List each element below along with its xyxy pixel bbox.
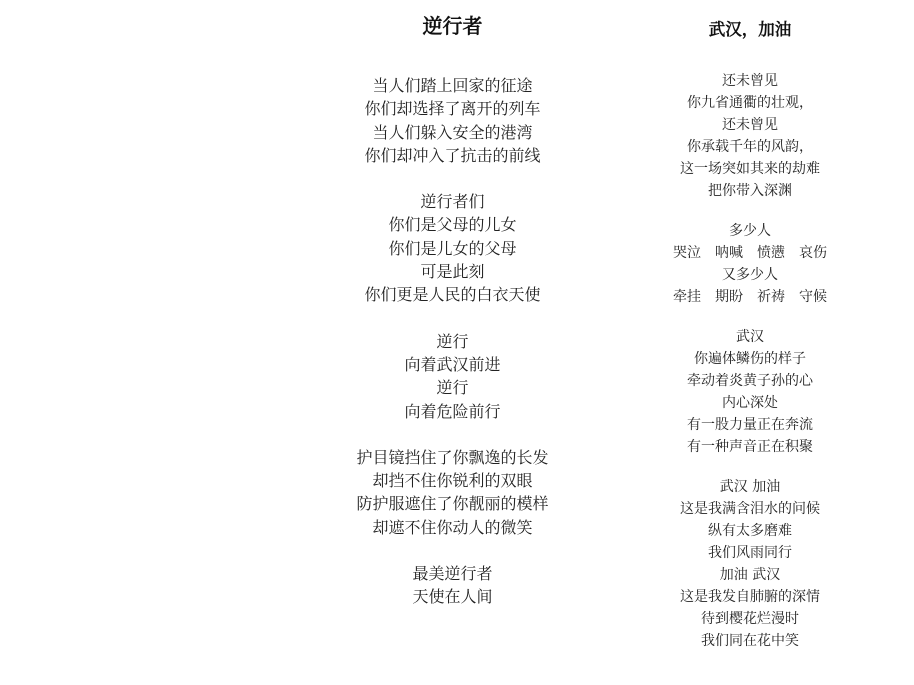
poem-line: 你九省通衢的壮观， bbox=[640, 92, 860, 114]
poem-title: 武汉，加油 bbox=[640, 16, 860, 40]
poem-line: 你遍体鳞伤的样子 bbox=[640, 348, 860, 370]
poem-line: 纵有太多磨难 bbox=[640, 520, 860, 542]
stanza: 逆行 向着武汉前进 逆行 向着危险前行 bbox=[330, 330, 575, 423]
poem-line: 你承载千年的风韵， bbox=[640, 136, 860, 158]
poem-title: 逆行者 bbox=[330, 10, 575, 39]
poem-line: 却挡不住你锐利的双眼 bbox=[330, 469, 575, 492]
poem-body: 当人们踏上回家的征途 你们却选择了离开的列车 当人们躲入安全的港湾 你们却冲入了… bbox=[330, 74, 575, 632]
poem-line: 有一股力量正在奔流 bbox=[640, 414, 860, 436]
poem-line: 把你带入深渊 bbox=[640, 180, 860, 202]
poem-line: 我们同在花中笑 bbox=[640, 630, 860, 652]
poem-line: 还未曾见 bbox=[640, 114, 860, 136]
poem-line: 向着危险前行 bbox=[330, 400, 575, 423]
poem-line: 你们更是人民的白衣天使 bbox=[330, 283, 575, 306]
poem-line: 牵动着炎黄子孙的心 bbox=[640, 370, 860, 392]
stanza: 最美逆行者 天使在人间 bbox=[330, 562, 575, 609]
poem-line: 牵挂 期盼 祈祷 守候 bbox=[640, 286, 860, 308]
stanza: 逆行者们 你们是父母的儿女 你们是儿女的父母 可是此刻 你们更是人民的白衣天使 bbox=[330, 190, 575, 306]
poem-line: 武汉 加油 bbox=[640, 476, 860, 498]
poem-line: 你们是儿女的父母 bbox=[330, 237, 575, 260]
poem-line: 护目镜挡住了你飘逸的长发 bbox=[330, 446, 575, 469]
stanza: 还未曾见 你九省通衢的壮观， 还未曾见 你承载千年的风韵， 这一场突如其来的劫难… bbox=[640, 70, 860, 202]
poem-line: 最美逆行者 bbox=[330, 562, 575, 585]
poem-line: 我们风雨同行 bbox=[640, 542, 860, 564]
poem-line: 你们却冲入了抗击的前线 bbox=[330, 144, 575, 167]
poem-body: 还未曾见 你九省通衢的壮观， 还未曾见 你承载千年的风韵， 这一场突如其来的劫难… bbox=[640, 70, 860, 670]
poem-line: 这是我发自肺腑的深情 bbox=[640, 586, 860, 608]
stanza: 武汉 加油 这是我满含泪水的问候 纵有太多磨难 我们风雨同行 加油 武汉 这是我… bbox=[640, 476, 860, 652]
stanza: 武汉 你遍体鳞伤的样子 牵动着炎黄子孙的心 内心深处 有一股力量正在奔流 有一种… bbox=[640, 326, 860, 458]
poem-line: 武汉 bbox=[640, 326, 860, 348]
poem-line: 你们却选择了离开的列车 bbox=[330, 97, 575, 120]
poem-line: 多少人 bbox=[640, 220, 860, 242]
poem-line: 却遮不住你动人的微笑 bbox=[330, 516, 575, 539]
poem-line: 这一场突如其来的劫难 bbox=[640, 158, 860, 180]
poem-line: 向着武汉前进 bbox=[330, 353, 575, 376]
poem-line: 天使在人间 bbox=[330, 585, 575, 608]
poem-line: 还未曾见 bbox=[640, 70, 860, 92]
poem-line: 防护服遮住了你靓丽的模样 bbox=[330, 492, 575, 515]
poem-line: 又多少人 bbox=[640, 264, 860, 286]
poem-line: 你们是父母的儿女 bbox=[330, 213, 575, 236]
poem-line: 加油 武汉 bbox=[640, 564, 860, 586]
poem-line: 逆行 bbox=[330, 376, 575, 399]
poem-line: 当人们躲入安全的港湾 bbox=[330, 121, 575, 144]
poem-line: 这是我满含泪水的问候 bbox=[640, 498, 860, 520]
stanza: 当人们踏上回家的征途 你们却选择了离开的列车 当人们躲入安全的港湾 你们却冲入了… bbox=[330, 74, 575, 167]
poem-line: 逆行 bbox=[330, 330, 575, 353]
poem-line: 逆行者们 bbox=[330, 190, 575, 213]
poem-line: 有一种声音正在积聚 bbox=[640, 436, 860, 458]
poem-line: 内心深处 bbox=[640, 392, 860, 414]
stanza: 护目镜挡住了你飘逸的长发 却挡不住你锐利的双眼 防护服遮住了你靓丽的模样 却遮不… bbox=[330, 446, 575, 539]
poem-line: 待到樱花烂漫时 bbox=[640, 608, 860, 630]
poem-line: 哭泣 呐喊 愤懑 哀伤 bbox=[640, 242, 860, 264]
poem-line: 可是此刻 bbox=[330, 260, 575, 283]
stanza: 多少人 哭泣 呐喊 愤懑 哀伤 又多少人 牵挂 期盼 祈祷 守候 bbox=[640, 220, 860, 308]
poem-line: 当人们踏上回家的征途 bbox=[330, 74, 575, 97]
